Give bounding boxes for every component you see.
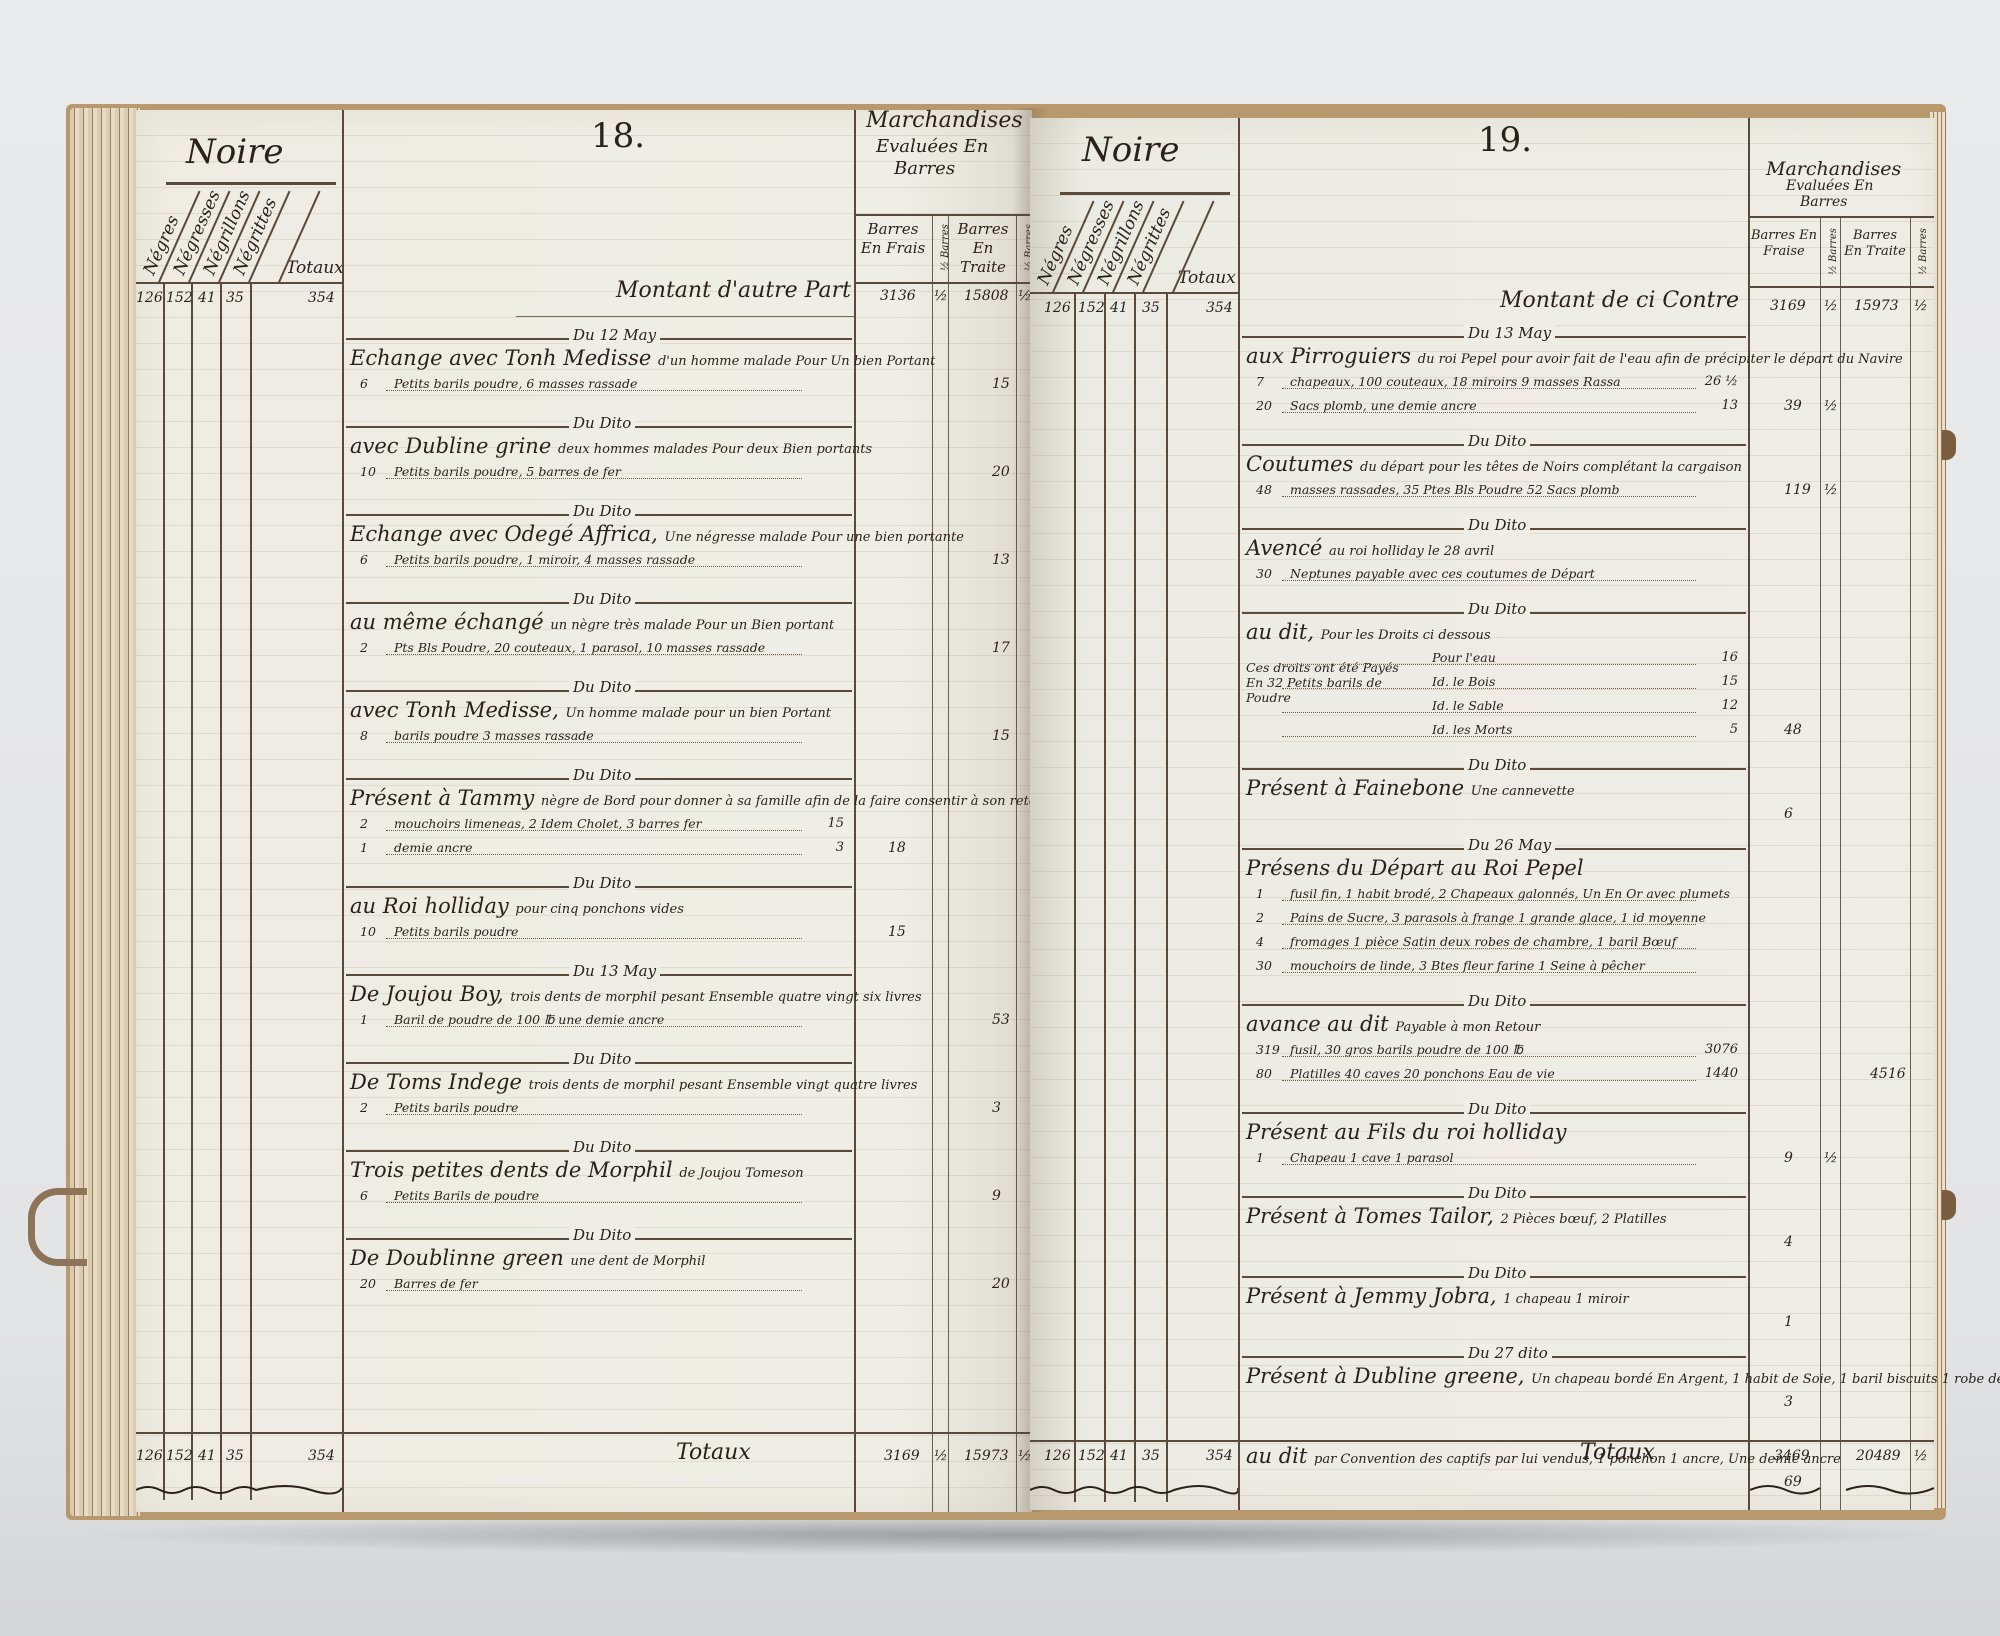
line-description: Barres de fer	[394, 1276, 478, 1291]
entry-date: Du Dito	[569, 1226, 635, 1244]
entry-title-text: Echange avec Tonh Medisse	[350, 346, 651, 370]
col-header-barres-frais: Barres En Fraise	[1750, 228, 1818, 260]
carried-negres: 126	[1044, 300, 1071, 316]
entry-title-text: Présent à Tammy	[350, 786, 534, 810]
total-flourish-left	[136, 1482, 342, 1496]
entry-date: Du Dito	[569, 1050, 635, 1068]
entry-barres-frais: 1	[1784, 1314, 1793, 1330]
total-frais: 3469	[1774, 1448, 1810, 1464]
entry-title: Présent à Dubline greene, Un chapeau bor…	[1246, 1364, 2000, 1388]
entry-detail: une dent de Morphil	[571, 1254, 706, 1269]
entry-barres-frais-half: ½	[1824, 1150, 1838, 1166]
entry-date: Du Dito	[1464, 756, 1530, 774]
brought-forward-traite-half: ½	[1914, 298, 1928, 314]
line-quantity: 1	[360, 840, 368, 855]
total-flourish-left	[1030, 1482, 1238, 1496]
entry-title-text: Echange avec Odegé Affrica,	[350, 522, 658, 546]
line-amount: 16	[1698, 650, 1738, 665]
line-quantity: 319	[1256, 1042, 1280, 1057]
entry-date: Du Dito	[1464, 1264, 1530, 1282]
line-quantity: 30	[1256, 566, 1272, 581]
brought-forward-frais-half: ½	[934, 288, 948, 304]
brought-forward-frais: 3136	[880, 288, 916, 304]
entry-barres-traite: 4516	[1870, 1066, 1906, 1082]
entry-date: Du Dito	[569, 874, 635, 892]
entry-title: Présent à Tomes Tailor, 2 Pièces bœuf, 2…	[1246, 1204, 1667, 1228]
line-description: Pains de Sucre, 3 parasols à frange 1 gr…	[1290, 910, 1706, 925]
line-amount: 1440	[1698, 1066, 1738, 1081]
total-traite-half: ½	[1914, 1448, 1928, 1464]
carried-negrillons: 41	[198, 290, 216, 306]
entry-title-text: Présent à Dubline greene,	[1246, 1364, 1524, 1388]
line-amount: 12	[1698, 698, 1738, 713]
line-quantity: 1	[360, 1012, 368, 1027]
entry-detail: deux hommes malades Pour deux Bien porta…	[558, 442, 872, 457]
col-header-barres-traite: Barres En Traite	[1842, 228, 1908, 260]
col-header-totaux: Totaux	[1178, 268, 1236, 288]
carried-totaux: 354	[308, 290, 335, 306]
entry-detail: Un chapeau bordé En Argent, 1 habit de S…	[1531, 1372, 2000, 1387]
col-header-half-barres-1: ½ Barres	[1828, 228, 1839, 275]
entry-title: aux Pirroguiers du roi Pepel pour avoir …	[1246, 344, 1903, 368]
line-description: fusil, 30 gros barils poudre de 100 ℔	[1290, 1042, 1523, 1057]
entry-title-text: Présent au Fils du roi holliday	[1246, 1120, 1566, 1144]
carried-negrittes: 35	[1142, 300, 1160, 316]
entry-barres-frais: 3	[1784, 1394, 1793, 1410]
entry-title: Présent à Jemmy Jobra, 1 chapeau 1 miroi…	[1246, 1284, 1629, 1308]
line-quantity: 20	[1256, 398, 1272, 413]
col-header-barres-traite: Barres En Traite	[950, 220, 1016, 277]
line-quantity: 7	[1256, 374, 1264, 389]
entry-title-text: Coutumes	[1246, 452, 1353, 476]
page-edges-left	[70, 108, 140, 1516]
entry-barres-frais-half: ½	[1824, 398, 1838, 414]
entry-barres-traite: 15	[992, 728, 1010, 744]
entry-detail: 1 chapeau 1 miroir	[1503, 1292, 1628, 1307]
col-header-totaux: Totaux	[286, 258, 344, 278]
entry-barres-traite: 53	[992, 1012, 1010, 1028]
entry-detail: Pour les Droits ci dessous	[1321, 628, 1491, 643]
entry-date: Du Dito	[569, 590, 635, 608]
total-negresses: 152	[1078, 1448, 1105, 1464]
entry-detail: trois dents de morphil pesant Ensemble v…	[529, 1078, 918, 1093]
entry-date: Du Dito	[569, 678, 635, 696]
entry-detail: trois dents de morphil pesant Ensemble q…	[510, 990, 921, 1005]
line-quantity: 1	[1256, 1150, 1264, 1165]
brought-forward-traite: 15973	[1854, 298, 1899, 314]
carried-negrittes: 35	[226, 290, 244, 306]
line-quantity: 10	[360, 924, 376, 939]
line-amount: 13	[1698, 398, 1738, 413]
total-negrillons: 41	[1110, 1448, 1128, 1464]
line-description: fusil fin, 1 habit brodé, 2 Chapeaux gal…	[1290, 886, 1730, 901]
entry-detail: un nègre très malade Pour un Bien portan…	[550, 618, 834, 633]
line-quantity: 6	[360, 1188, 368, 1203]
entry-title: Trois petites dents de Morphil de Joujou…	[350, 1158, 804, 1182]
entry-title: avec Dubline grine deux hommes malades P…	[350, 434, 872, 458]
entry-title-text: Présent à Tomes Tailor,	[1246, 1204, 1494, 1228]
entry-date: Du 12 May	[569, 326, 660, 344]
brought-forward-frais: 3169	[1770, 298, 1806, 314]
brought-forward-label: Montant de ci Contre	[1500, 288, 1739, 313]
line-quantity: 2	[360, 816, 368, 831]
line-amount: 15	[804, 816, 844, 831]
page-number: 18.	[591, 116, 645, 156]
entry-detail: Payable à mon Retour	[1395, 1020, 1540, 1035]
entry-title-text: avec Tonh Medisse,	[350, 698, 559, 722]
entry-date: Du Dito	[1464, 516, 1530, 534]
line-description: Pour l'eau	[1432, 650, 1496, 665]
entry-title: De Joujou Boy, trois dents de morphil pe…	[350, 982, 922, 1006]
line-description: Petits barils poudre, 1 miroir, 4 masses…	[394, 552, 695, 567]
entry-detail: Une cannevette	[1471, 784, 1575, 799]
entry-title: De Doublinne green une dent de Morphil	[350, 1246, 705, 1270]
line-description: barils poudre 3 masses rassade	[394, 728, 594, 743]
entry-detail: Un homme malade pour un bien Portant	[565, 706, 831, 721]
line-description: chapeaux, 100 couteaux, 18 miroirs 9 mas…	[1290, 374, 1621, 389]
goods-header-title: Marchandises	[866, 110, 1023, 132]
entry-title-text: De Doublinne green	[350, 1246, 564, 1270]
line-description: mouchoirs de linde, 3 Btes fleur farine …	[1290, 958, 1645, 973]
entry-detail: nègre de Bord pour donner à sa famille a…	[541, 794, 1051, 809]
carried-negresses: 152	[1078, 300, 1105, 316]
total-negrittes: 35	[1142, 1448, 1160, 1464]
entry-barres-frais: 15	[888, 924, 906, 940]
total-totaux: 354	[308, 1448, 335, 1464]
entry-title: Coutumes du départ pour les têtes de Noi…	[1246, 452, 1742, 476]
entry-title-text: au dit,	[1246, 620, 1314, 644]
total-negres: 126	[136, 1448, 163, 1464]
entry-title-text: avec Dubline grine	[350, 434, 551, 458]
carried-negresses: 152	[166, 290, 193, 306]
entry-title: au même échangé un nègre très malade Pou…	[350, 610, 834, 634]
entry-date: Du Dito	[569, 414, 635, 432]
total-negrillons: 41	[198, 1448, 216, 1464]
total-traite: 15973	[964, 1448, 1009, 1464]
totals-label: Totaux	[676, 1440, 751, 1465]
entry-barres-traite: 20	[992, 464, 1010, 480]
entry-title: Présent à Fainebone Une cannevette	[1246, 776, 1575, 800]
binding-knob-top	[1942, 430, 1956, 460]
entry-title-text: Trois petites dents de Morphil	[350, 1158, 673, 1182]
entry-title-text: Présent à Jemmy Jobra,	[1246, 1284, 1497, 1308]
entry-date: Du 13 May	[569, 962, 660, 980]
line-quantity: 48	[1256, 482, 1272, 497]
right-ledger-page: 19. Noire Négres Négresses Négrillons Né…	[1030, 118, 1934, 1510]
line-description: Petits barils poudre, 5 barres de fer	[394, 464, 621, 479]
totals-label: Totaux	[1580, 1440, 1655, 1465]
col-header-barres-frais: Barres En Frais	[856, 220, 930, 258]
entry-detail: d'un homme malade Pour Un bien Portant	[658, 354, 935, 369]
entry-barres-traite: 3	[992, 1100, 1001, 1116]
line-quantity: 4	[1256, 934, 1264, 949]
left-ledger-page: 18. Noire Négres Négresses Négrillons Né…	[136, 110, 1032, 1512]
total-flourish-right	[1750, 1482, 1934, 1496]
line-quantity: 30	[1256, 958, 1272, 973]
entry-barres-traite: 15	[992, 376, 1010, 392]
entry-title: avance au dit Payable à mon Retour	[1246, 1012, 1540, 1036]
entry-date: Du Dito	[1464, 1184, 1530, 1202]
book-shadow	[70, 1515, 1960, 1555]
entry-barres-traite: 9	[992, 1188, 1001, 1204]
entry-detail: par Convention des captifs par lui vendu…	[1314, 1452, 1841, 1467]
line-quantity: 6	[360, 376, 368, 391]
entry-title: De Toms Indege trois dents de morphil pe…	[350, 1070, 917, 1094]
line-description: Petits barils poudre	[394, 1100, 518, 1115]
entry-barres-frais-half: ½	[1824, 482, 1838, 498]
carried-negres: 126	[136, 290, 163, 306]
goods-header-unit: Barres	[1800, 194, 1848, 210]
entry-barres-traite: 17	[992, 640, 1010, 656]
line-amount: 15	[1698, 674, 1738, 689]
entry-barres-frais: 18	[888, 840, 906, 856]
entry-title-text: De Joujou Boy,	[350, 982, 504, 1006]
carried-negrillons: 41	[1110, 300, 1128, 316]
line-amount: 5	[1698, 722, 1738, 737]
total-frais: 3169	[884, 1448, 920, 1464]
goods-header-unit: Barres	[894, 158, 955, 179]
entry-title-text: Présens du Départ au Roi Pepel	[1246, 856, 1584, 880]
entry-title: Avencé au roi holliday le 28 avril	[1246, 536, 1494, 560]
line-quantity: 2	[360, 1100, 368, 1115]
entry-detail: du roi Pepel pour avoir fait de l'eau af…	[1418, 352, 1903, 367]
entry-title: au dit, Pour les Droits ci dessous	[1246, 620, 1491, 644]
line-amount: 3	[804, 840, 844, 855]
line-quantity: 2	[1256, 910, 1264, 925]
entry-title: au dit par Convention des captifs par lu…	[1246, 1444, 1841, 1468]
entry-barres-frais: 6	[1784, 806, 1793, 822]
entry-title-text: avance au dit	[1246, 1012, 1389, 1036]
total-negres: 126	[1044, 1448, 1071, 1464]
line-description: mouchoirs limeneas, 2 Idem Cholet, 3 bar…	[394, 816, 702, 831]
line-quantity: 10	[360, 464, 376, 479]
entry-title-text: De Toms Indege	[350, 1070, 522, 1094]
line-quantity: 6	[360, 552, 368, 567]
binding-string	[28, 1188, 87, 1266]
entry-detail: au roi holliday le 28 avril	[1329, 544, 1494, 559]
entry-title: Echange avec Odegé Affrica, Une négresse…	[350, 522, 964, 546]
line-description: Petits barils poudre, 6 masses rassade	[394, 376, 637, 391]
entry-title: Présens du Départ au Roi Pepel	[1246, 856, 1584, 880]
section-title-noire: Noire	[1082, 130, 1179, 170]
entry-barres-frais: 119	[1784, 482, 1811, 498]
entry-title: Echange avec Tonh Medisse d'un homme mal…	[350, 346, 935, 370]
entry-title-text: Présent à Fainebone	[1246, 776, 1464, 800]
line-description: Platilles 40 caves 20 ponchons Eau de vi…	[1290, 1066, 1555, 1081]
carried-totaux: 354	[1206, 300, 1233, 316]
total-totaux: 354	[1206, 1448, 1233, 1464]
col-header-half-barres-1: ½ Barres	[940, 224, 951, 271]
entry-title-text: Avencé	[1246, 536, 1322, 560]
line-quantity: 2	[360, 640, 368, 655]
goods-header-subtitle: Evaluées En	[1786, 178, 1873, 194]
entry-detail: Une négresse malade Pour une bien portan…	[665, 530, 964, 545]
entry-title: Présent à Tammy nègre de Bord pour donne…	[350, 786, 1051, 810]
line-description: Id. le Bois	[1432, 674, 1495, 689]
entry-title-text: au même échangé	[350, 610, 544, 634]
total-frais-half: ½	[934, 1448, 948, 1464]
entry-detail: pour cinq ponchons vides	[515, 902, 684, 917]
total-negresses: 152	[166, 1448, 193, 1464]
entry-barres-frais: 48	[1784, 722, 1802, 738]
entry-date: Du Dito	[569, 766, 635, 784]
entry-date: Du 13 May	[1464, 324, 1555, 342]
entry-title: au Roi holliday pour cinq ponchons vides	[350, 894, 684, 918]
entry-date: Du Dito	[1464, 600, 1530, 618]
entry-title: avec Tonh Medisse, Un homme malade pour …	[350, 698, 831, 722]
line-amount: 3076	[1698, 1042, 1738, 1057]
col-header-half-barres-2: ½ Barres	[1918, 228, 1929, 275]
line-quantity: 1	[1256, 886, 1264, 901]
section-title-noire: Noire	[186, 132, 283, 172]
entry-barres-traite: 13	[992, 552, 1010, 568]
entry-title: Présent au Fils du roi holliday	[1246, 1120, 1566, 1144]
line-description: masses rassades, 35 Ptes Bls Poudre 52 S…	[1290, 482, 1620, 497]
brought-forward-label: Montant d'autre Part	[616, 278, 851, 303]
line-description: Id. le Sable	[1432, 698, 1504, 713]
entry-detail: du départ pour les têtes de Noirs complé…	[1360, 460, 1742, 475]
brought-forward-frais-half: ½	[1824, 298, 1838, 314]
page-number: 19.	[1478, 120, 1532, 160]
entry-date: Du Dito	[569, 1138, 635, 1156]
entry-barres-frais: 4	[1784, 1234, 1793, 1250]
entry-barres-frais: 39	[1784, 398, 1802, 414]
line-description: Pts Bls Poudre, 20 couteaux, 1 parasol, …	[394, 640, 765, 655]
entry-note: Ces droits ont été Payés En 32 Petits ba…	[1246, 660, 1416, 705]
line-description: Chapeau 1 cave 1 parasol	[1290, 1150, 1454, 1165]
entry-date: Du Dito	[1464, 432, 1530, 450]
entry-title-text: au dit	[1246, 1444, 1307, 1468]
line-quantity: 8	[360, 728, 368, 743]
entry-date: Du Dito	[1464, 992, 1530, 1010]
entry-date: Du Dito	[1464, 1100, 1530, 1118]
total-traite: 20489	[1856, 1448, 1901, 1464]
line-description: Id. les Morts	[1432, 722, 1512, 737]
goods-header-subtitle: Evaluées En	[876, 136, 988, 157]
entry-barres-frais: 9	[1784, 1150, 1793, 1166]
line-amount: 26 ½	[1698, 374, 1738, 389]
binding-knob-bottom	[1942, 1190, 1956, 1220]
entry-date: Du 26 May	[1464, 836, 1555, 854]
goods-header-title: Marchandises	[1766, 158, 1901, 180]
entry-barres-traite: 20	[992, 1276, 1010, 1292]
entry-title-text: aux Pirroguiers	[1246, 344, 1411, 368]
line-description: Baril de poudre de 100 ℔ une demie ancre	[394, 1012, 664, 1027]
line-description: Sacs plomb, une demie ancre	[1290, 398, 1477, 413]
line-description: fromages 1 pièce Satin deux robes de cha…	[1290, 934, 1676, 949]
entry-date: Du Dito	[569, 502, 635, 520]
line-quantity: 80	[1256, 1066, 1272, 1081]
brought-forward-traite: 15808	[964, 288, 1009, 304]
line-description: Neptunes payable avec ces coutumes de Dé…	[1290, 566, 1595, 581]
entry-title-text: au Roi holliday	[350, 894, 509, 918]
total-negrittes: 35	[226, 1448, 244, 1464]
entry-detail: de Joujou Tomeson	[679, 1166, 803, 1181]
line-description: demie ancre	[394, 840, 473, 855]
line-description: Petits Barils de poudre	[394, 1188, 539, 1203]
line-quantity: 20	[360, 1276, 376, 1291]
line-description: Petits barils poudre	[394, 924, 518, 939]
entry-date: Du 27 dito	[1464, 1344, 1552, 1362]
entry-detail: 2 Pièces bœuf, 2 Platilles	[1501, 1212, 1667, 1227]
